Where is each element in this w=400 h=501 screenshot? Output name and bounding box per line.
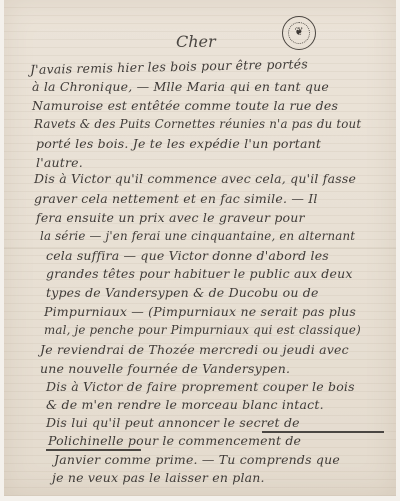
salutation: Cher xyxy=(176,32,216,51)
letter-line-1: J'avais remis hier les bois pour être po… xyxy=(30,56,308,77)
letter-line-20: Dis lui qu'il peut annoncer le secret de xyxy=(46,415,300,430)
letter-line-19: & de m'en rendre le morceau blanc intact… xyxy=(46,397,324,412)
letter-line-17: une nouvelle fournée de Vandersypen. xyxy=(40,361,290,376)
letter-paper: ❦ Cher J'avais remis hier les bois pour … xyxy=(4,0,396,496)
letter-line-12: grandes têtes pour habituer le public au… xyxy=(46,266,353,281)
letter-line-15: mal, je penche pour Pimpurniaux qui est … xyxy=(44,323,361,337)
letter-line-16: Je reviendrai de Thozée mercredi ou jeud… xyxy=(40,342,349,357)
letter-line-6: l'autre. xyxy=(36,155,83,170)
letter-line-5: porté les bois. Je te les expédie l'un p… xyxy=(36,136,321,151)
letter-line-10: la série — j'en ferai une cinquantaine, … xyxy=(40,229,355,243)
letter-line-3: Namuroise est entêtée comme toute la rue… xyxy=(32,98,338,113)
letter-line-4: Ravets & des Puits Cornettes réunies n'a… xyxy=(34,117,361,131)
letter-line-11: cela suffira — que Victor donne d'abord … xyxy=(46,248,329,263)
letter-line-18: Dis à Victor de faire proprement couper … xyxy=(46,379,355,394)
letter-line-9: fera ensuite un prix avec le graveur pou… xyxy=(36,210,305,225)
letter-line-21: Polichinelle pour le commencement de xyxy=(48,433,301,448)
ink-stamp: ❦ xyxy=(282,16,316,50)
letter-line-13: types de Vandersypen & de Ducobu ou de xyxy=(46,285,319,300)
letter-line-23: je ne veux pas le laisser en plan. xyxy=(52,470,265,485)
stamp-emblem-icon: ❦ xyxy=(283,25,315,38)
letter-line-2: à la Chronique, — Mlle Maria qui en tant… xyxy=(32,79,329,94)
letter-line-22: Janvier comme prime. — Tu comprends que xyxy=(54,452,340,467)
underline-polichinelle xyxy=(46,449,141,451)
letter-line-8: graver cela nettement et en fac simile. … xyxy=(34,191,318,206)
letter-line-7: Dis à Victor qu'il commence avec cela, q… xyxy=(34,171,356,186)
letter-line-14: Pimpurniaux — (Pimpurniaux ne serait pas… xyxy=(44,304,356,319)
